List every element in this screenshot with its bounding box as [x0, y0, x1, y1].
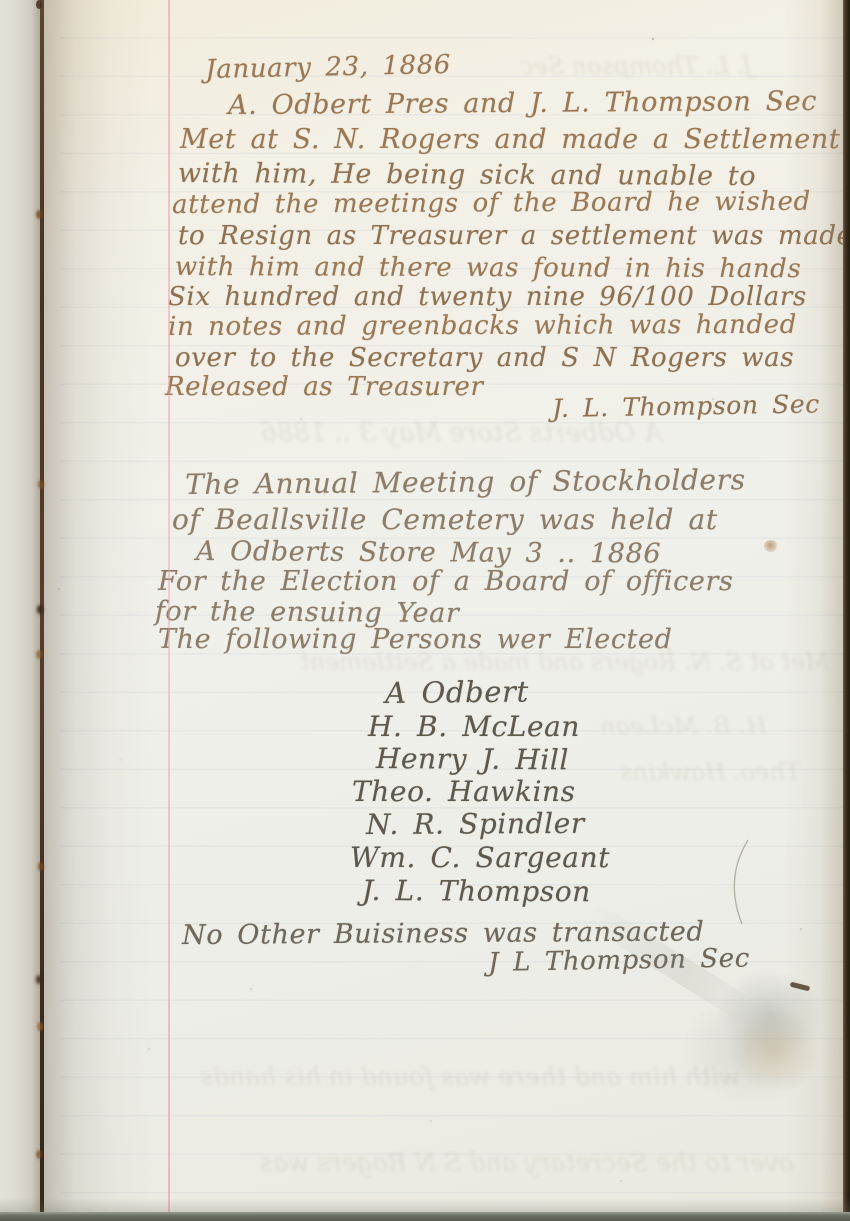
manuscript-line: The following Persons wer Elected — [158, 624, 672, 655]
pen-flourish — [722, 838, 762, 928]
bleed-through-text: J. L. Thompson Sec — [520, 52, 752, 80]
entry2-signature: J L Thompson Sec — [488, 943, 750, 978]
bottom-shadow — [0, 1198, 850, 1212]
manuscript-line: A. Odbert Pres and J. L. Thompson Sec — [228, 86, 817, 121]
margin-rule-line — [168, 0, 170, 1221]
previous-page-edge — [0, 0, 40, 1221]
manuscript-line: with him and there was found in his hand… — [175, 252, 802, 284]
manuscript-line: The Annual Meeting of Stockholders — [185, 463, 746, 501]
bleed-through-text: with him and there was found in his hand… — [200, 1062, 740, 1091]
ledger-page-scan: J. L. Thompson Sec A Odberts Store May 3… — [0, 0, 850, 1221]
elected-name: J. L. Thompson — [362, 874, 591, 908]
elected-name: A Odbert — [385, 674, 529, 710]
bleed-through-text: over to the Secretary and S N Rogers was — [260, 1148, 794, 1177]
manuscript-line: Six hundred and twenty nine 96/100 Dolla… — [168, 282, 807, 312]
binding-stitches — [36, 0, 42, 9]
entry1-signature: J. L. Thompson Sec — [552, 389, 820, 423]
manuscript-line: Met at S. N. Rogers and made a Settlemen… — [180, 124, 840, 155]
entry1-date: January 23, 1886 — [205, 50, 451, 85]
manuscript-line: For the Election of a Board of officers — [158, 566, 733, 597]
right-page-shading — [784, 0, 844, 1221]
manuscript-line: in notes and greenbacks which was handed — [168, 310, 797, 342]
elected-name: H. B. McLean — [368, 710, 580, 743]
bleed-through-text: H. B. McLean — [600, 712, 767, 740]
bleed-through-text: A Odberts Store May 3 .. 1886 — [260, 418, 662, 448]
manuscript-line: A Odberts Store May 3 .. 1886 — [196, 536, 661, 569]
manuscript-line: attend the meetings of the Board he wish… — [172, 187, 811, 220]
book-edge-right — [843, 0, 850, 1221]
elected-name: Henry J. Hill — [376, 742, 569, 776]
manuscript-line: to Resign as Treasurer a settlement was … — [178, 221, 850, 251]
manuscript-line: of Beallsville Cemetery was held at — [172, 503, 718, 536]
manuscript-line: over to the Secretary and S N Rogers was — [175, 343, 794, 373]
scan-edge-bottom — [0, 1212, 850, 1221]
elected-name: Wm. C. Sargeant — [350, 841, 610, 874]
manuscript-line: Released as Treasurer — [165, 372, 484, 402]
bleed-through-text: Theo. Hawkins — [620, 758, 801, 786]
gutter-shadow — [44, 0, 154, 1221]
elected-name: N. R. Spindler — [366, 807, 585, 841]
elected-name: Theo. Hawkins — [352, 775, 576, 808]
ink-stain — [764, 540, 778, 552]
